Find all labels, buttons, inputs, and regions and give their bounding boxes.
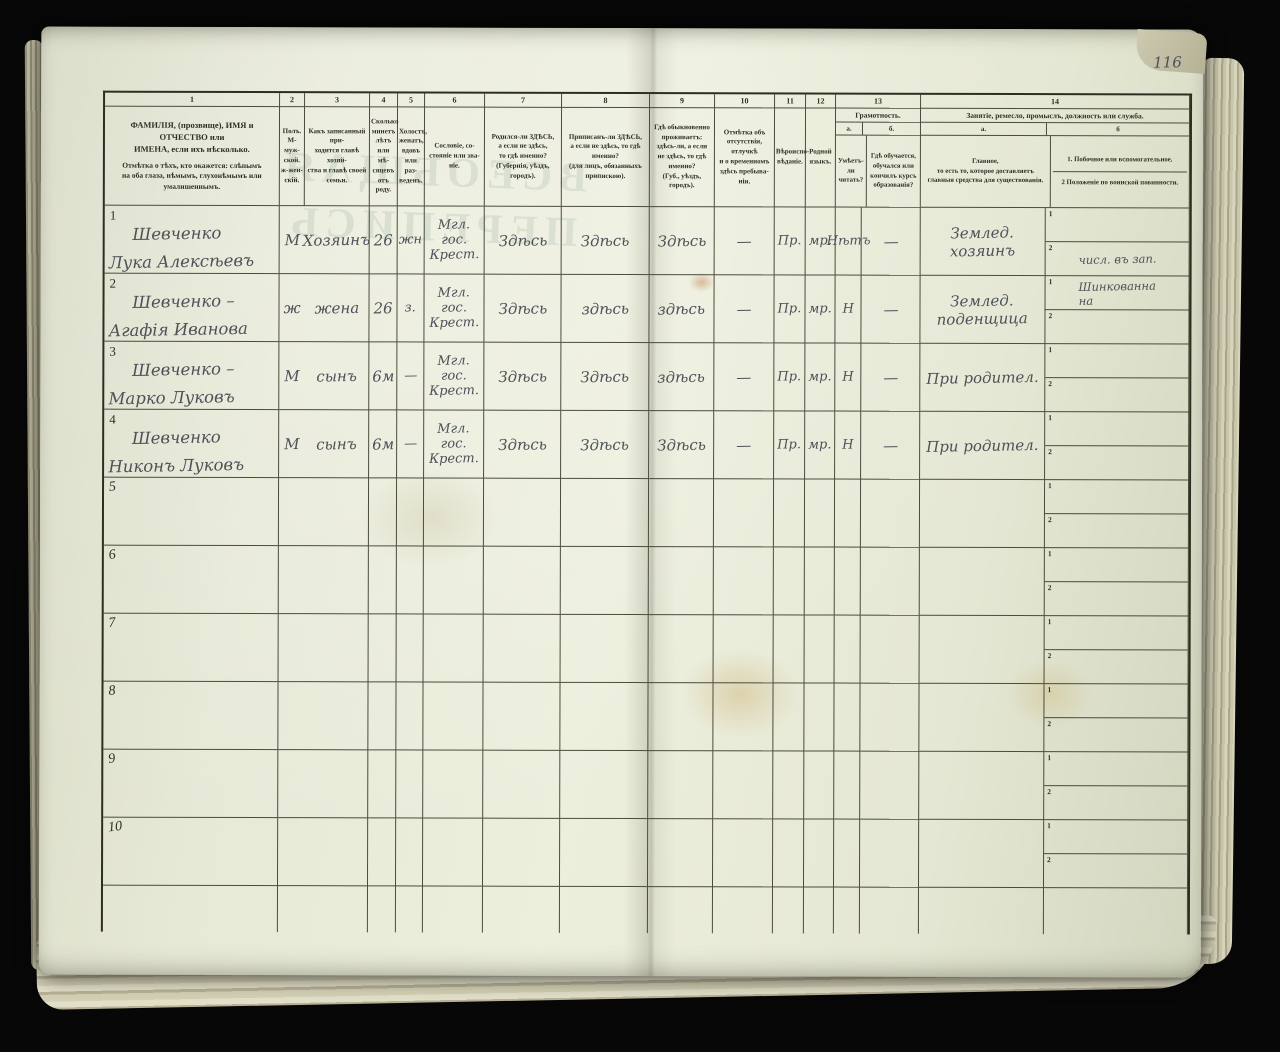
cell-marital [396, 750, 423, 818]
grid-rule-tail [278, 886, 303, 932]
column-number: 4 [370, 93, 397, 107]
cell-age [369, 546, 397, 614]
side-occupation-2: 2 [1044, 786, 1187, 819]
cell-literacy-b [861, 480, 920, 548]
cell-relation: сынъ [304, 342, 369, 410]
cell-relation [304, 546, 369, 614]
handwritten-entry: Здѣсь [498, 299, 547, 318]
cell-marital: — [397, 410, 424, 478]
header-text: Родился-ли ЗДѢСЬ, а если не здѣсь, то гд… [485, 108, 561, 206]
column-number: 2 [280, 93, 304, 107]
side-occupation-2: 2 [1044, 718, 1187, 751]
cell-absence: — [714, 275, 774, 343]
row-number: 10 [107, 819, 123, 836]
cell-occupation-main [919, 820, 1044, 888]
subcell-marker: 2 [1047, 719, 1051, 728]
cell-relation [304, 614, 369, 682]
handwritten-entry: М [284, 434, 300, 452]
handwritten-entry: Н [842, 301, 854, 316]
cell-sex [278, 750, 303, 818]
side-occupation-2: 2 [1045, 650, 1188, 683]
cell-literacy-b: — [861, 276, 920, 344]
column-number: 1 [105, 93, 279, 107]
header-group-title: Грамотность. [836, 109, 920, 123]
cell-literacy-a [834, 820, 860, 888]
column-number: 11 [775, 94, 805, 108]
handwritten-entry: ж [283, 298, 300, 316]
cell-name: 1Шевченко Лука Алексѣевъ [105, 206, 280, 274]
subcolumn-label-a: а. [836, 123, 863, 135]
subcell-marker: 1 [1048, 481, 1052, 490]
header-text: Гдѣ обучается, обучался или кончилъ курс… [867, 136, 920, 207]
handwritten-entry: — [883, 232, 898, 250]
header-text: Какъ записанный при- ходится главѣ хозяй… [305, 107, 369, 205]
cell-religion: Пр. [774, 275, 805, 343]
cell-occupation-side: 1 2 [1044, 684, 1188, 752]
cell-occupation-side: 1 2 [1044, 752, 1188, 820]
column-number: 3 [305, 93, 369, 107]
header-col2-sex: 2 Полъ. М-муж- ской. ж-жен- скій. [280, 93, 305, 206]
header-text: 2 Положеніе по воинской повинности. [1053, 172, 1187, 194]
cell-birthplace [483, 819, 560, 887]
cell-estate [423, 750, 483, 818]
grid-rule-tail [804, 887, 834, 933]
handwritten-entry: Хозяинъ [303, 230, 371, 249]
handwritten-name: Шевченко Никонъ Луковъ [104, 422, 279, 481]
cell-occupation-main: При родител. [920, 412, 1045, 480]
cell-absence [714, 615, 774, 683]
header-col11-religion: 11 Вѣроиспо- вѣданіе. [775, 94, 806, 207]
handwritten-entry: Здѣсь [580, 367, 629, 386]
subcell-marker: 1 [1047, 753, 1051, 762]
cell-sex: М [279, 410, 304, 478]
subcolumn-label-b: б [1047, 123, 1189, 135]
cell-literacy-a: Н [835, 276, 861, 344]
header-text: Отмѣтка о тѣхъ, кто окажется: слѣпымъ на… [106, 160, 278, 192]
cell-absence [713, 819, 773, 887]
cell-sex: ж [279, 274, 304, 342]
cell-literacy-a [835, 480, 861, 548]
handwritten-entry: здѣсь [581, 299, 629, 318]
header-col7-birthplace: 7 Родился-ли ЗДѢСЬ, а если не здѣсь, то … [485, 94, 562, 207]
subcell-marker: 1 [1048, 549, 1052, 558]
cell-religion [773, 751, 804, 819]
cell-birthplace: Здѣсь [484, 343, 561, 411]
cell-occupation-main: Землед. хозяинъ [921, 208, 1046, 276]
cell-occupation-side: 1 2 [1045, 616, 1189, 684]
cell-marital [397, 614, 424, 682]
header-text: Сословіе, со- стояніе или зва- ніе. [425, 107, 484, 205]
handwritten-entry: При родител. [926, 367, 1039, 387]
handwritten-entry: Н [842, 369, 854, 384]
cell-occupation-main: При родител. [920, 344, 1045, 412]
cell-literacy-a [835, 548, 861, 616]
side-occupation-1: 1 [1045, 616, 1188, 650]
cell-birthplace: Здѣсь [484, 411, 561, 479]
cell-absence: — [714, 343, 774, 411]
handwritten-entry: — [736, 300, 751, 318]
header-col13-literacy: 13 Грамотность. а. б. Умѣетъ- ли читать?… [836, 95, 921, 208]
handwritten-entry: з. [405, 300, 417, 315]
cell-age: 6м [369, 342, 397, 410]
handwritten-entry: жн [399, 232, 423, 247]
cell-religion: Пр. [775, 207, 806, 275]
subcell-marker: 2 [1048, 447, 1052, 456]
subcell-marker: 2 [1047, 787, 1051, 796]
page-fold-crease [624, 28, 678, 976]
subcolumn-label-b: б. [863, 123, 920, 135]
handwritten-entry: — [737, 232, 752, 250]
cell-occupation-main [919, 752, 1044, 820]
subcell-marker: 1 [1047, 685, 1051, 694]
cell-marital: жн [398, 206, 425, 274]
cell-occupation-main [919, 684, 1044, 752]
cell-literacy-b [861, 548, 920, 616]
handwritten-entry: жена [314, 298, 359, 317]
subcell-marker: 1 [1048, 413, 1052, 422]
handwritten-entry: Здѣсь [580, 435, 629, 454]
cell-name: 6 [104, 546, 279, 614]
cell-estate [424, 478, 484, 546]
handwritten-entry: М [284, 230, 300, 248]
cell-age [368, 750, 396, 818]
cell-absence [714, 479, 774, 547]
header-text: Вѣроиспо- вѣданіе. [775, 108, 805, 206]
handwritten-entry: мр. [808, 369, 832, 384]
handwritten-entry: М [284, 366, 300, 384]
handwritten-entry: Мгл. гос. Крест. [424, 285, 484, 331]
subcolumn-label-a: а. [921, 123, 1047, 135]
grid-rule-tail [303, 886, 368, 932]
handwritten-entry: Шинкованна на [1078, 278, 1156, 307]
cell-language [804, 751, 834, 819]
cell-literacy-a [834, 684, 860, 752]
header-text: 1. Побочное или вспомогательное. [1053, 149, 1187, 172]
cell-marital [396, 818, 423, 886]
header-text: Умѣетъ- ли читать? [836, 136, 867, 207]
cell-language [805, 479, 835, 547]
cell-birthplace [484, 479, 561, 547]
cell-relation [303, 682, 368, 750]
cell-relation: жена [304, 274, 369, 342]
cell-estate [423, 682, 483, 750]
handwritten-entry: При родител. [926, 435, 1039, 455]
cell-relation [303, 750, 368, 818]
cell-literacy-b [860, 684, 919, 752]
cell-religion [774, 479, 805, 547]
side-occupation-2: 2 [1045, 378, 1188, 411]
cell-occupation-side: 1 2числ. въ зап. [1046, 208, 1190, 276]
cell-age [368, 682, 396, 750]
cell-literacy-b: — [861, 412, 920, 480]
cell-relation [303, 818, 368, 886]
header-col3-relation: 3 Какъ записанный при- ходится главѣ хоз… [305, 93, 370, 206]
grid-rule-tail [860, 888, 919, 934]
row-number: 9 [108, 751, 117, 768]
cell-marital: з. [397, 274, 424, 342]
header-col4-age: 4 Сколько минетъ лѣтъ или мѣ- сяцевъ отъ… [370, 93, 398, 206]
cell-estate: Мгл. гос. Крест. [424, 342, 484, 410]
handwritten-entry: Землед. поденщица [937, 291, 1029, 329]
side-occupation-2: 2 [1045, 582, 1188, 615]
column-number: 13 [836, 95, 920, 109]
header-col10-absence: 10 Отмѣтка объ отсутствіи, отлучкѣ и о в… [715, 94, 775, 207]
cell-religion: Пр. [774, 343, 805, 411]
handwritten-entry: — [404, 368, 417, 383]
handwritten-entry: 26 [373, 299, 392, 317]
header-col6-estate: 6 Сословіе, со- стояніе или зва- ніе. [425, 93, 485, 206]
cell-literacy-b: — [862, 208, 921, 276]
handwritten-name: Шевченко Лука Алексѣевъ [104, 218, 279, 277]
subcell-marker: 2 [1048, 583, 1052, 592]
cell-sex [278, 682, 303, 750]
subcell-marker: 2 [1048, 515, 1052, 524]
side-occupation-2: 2 [1045, 514, 1188, 547]
cell-age: 26 [370, 206, 398, 274]
grid-rule-tail [396, 886, 423, 932]
cell-name: 3Шевченко – Марко Луковъ [104, 342, 279, 410]
subcell-marker: 1 [1048, 345, 1052, 354]
subcell-marker: 2 [1048, 379, 1052, 388]
cell-age: 26 [369, 274, 397, 342]
handwritten-entry: — [736, 368, 751, 386]
cell-absence [713, 683, 773, 751]
cell-occupation-main [920, 480, 1045, 548]
cell-literacy-b [860, 820, 919, 888]
subcell-marker: 2 [1047, 855, 1051, 864]
cell-name: 9 [103, 750, 278, 818]
subcell-marker: 1 [1049, 209, 1053, 218]
cell-marital: — [397, 342, 424, 410]
handwritten-entry: 6м [372, 367, 394, 385]
cell-literacy-a: Н [835, 344, 861, 412]
cell-language: мр. [805, 411, 835, 479]
handwritten-entry: Н [842, 437, 854, 452]
cell-age: 6м [369, 410, 397, 478]
row-number: 8 [108, 683, 117, 700]
handwritten-entry: Пр. [777, 301, 801, 316]
column-number: 7 [485, 94, 561, 108]
cell-estate: Мгл. гос. Крест. [425, 206, 485, 274]
subcell-marker: 1 [1049, 277, 1053, 286]
cell-absence [714, 547, 774, 615]
header-text: Главное, то есть то, которое доставляетъ… [921, 136, 1051, 207]
subcell-marker: 2 [1049, 243, 1053, 252]
handwritten-entry: Здѣсь [581, 231, 630, 250]
grid-rule-tail [103, 886, 278, 932]
cell-age [368, 818, 396, 886]
subcell-marker: 1 [1048, 617, 1052, 626]
column-number: 5 [398, 93, 424, 107]
side-occupation-2: 2 [1044, 854, 1187, 887]
cell-literacy-b [860, 752, 919, 820]
photo-of-ledger: ВСЕОБЩАЯ ПЕРЕПИСЬ 116 1 ФАМИЛІЯ, (прозви… [0, 0, 1280, 1052]
cell-estate [423, 818, 483, 886]
handwritten-entry: Мгл. гос. Крест. [424, 217, 484, 263]
header-text: Полъ. М-муж- ской. ж-жен- скій. [280, 107, 304, 205]
grid-rule-tail [834, 888, 860, 934]
cell-language: мр. [805, 275, 835, 343]
row-number: 5 [108, 479, 117, 496]
header-col14-occupation: 14 Занятіе, ремесло, промыслъ, должность… [921, 95, 1190, 209]
header-text: Отмѣтка объ отсутствіи, отлучкѣ и о врем… [715, 108, 774, 206]
handwritten-entry: 6м [371, 435, 393, 453]
handwritten-entry: сынъ [316, 434, 357, 453]
cell-name: 8 [103, 682, 278, 750]
handwritten-entry: Пр. [778, 233, 802, 248]
handwritten-entry: — [882, 436, 897, 454]
cell-sex [279, 546, 304, 614]
cell-occupation-side: 1 2 [1045, 412, 1189, 480]
cell-occupation-side: 1 2 [1045, 480, 1189, 548]
side-occupation-1: 1 [1044, 752, 1187, 786]
cell-sex: М [280, 206, 305, 274]
cell-language [804, 683, 834, 751]
grid-rule-tail [368, 886, 396, 932]
grid-rule-tail [713, 887, 773, 933]
cell-birthplace [484, 615, 561, 683]
cell-occupation-side: 1Шинкованна на 2 [1045, 276, 1189, 344]
side-occupation-2: 2 [1045, 446, 1188, 479]
handwritten-entry: мр. [808, 301, 832, 316]
cell-occupation-side: 1 2 [1044, 820, 1188, 888]
side-occupation-1: 1Шинкованна на [1046, 276, 1189, 310]
column-number: 6 [425, 93, 484, 107]
header-group-title: Занятіе, ремесло, промыслъ, должность ил… [921, 109, 1189, 124]
row-number: 6 [108, 547, 117, 564]
cell-absence: — [715, 207, 775, 275]
cell-marital [397, 478, 424, 546]
handwritten-entry: Мгл. гос. Крест. [424, 421, 484, 467]
cell-name: 7 [104, 614, 279, 682]
side-occupation-1: 1 [1045, 548, 1188, 582]
cell-occupation-main [920, 548, 1045, 616]
subcell-marker: 1 [1047, 821, 1051, 830]
handwritten-entry: 26 [373, 231, 392, 249]
header-text: 1. Побочное или вспомогательное. 2 Полож… [1051, 136, 1189, 207]
handwritten-entry: Здѣсь [498, 367, 547, 386]
side-occupation-2: 2числ. въ зап. [1046, 242, 1189, 275]
header-text: Сколько минетъ лѣтъ или мѣ- сяцевъ отъ р… [370, 107, 397, 205]
cell-occupation-main [920, 616, 1045, 684]
row-number: 7 [108, 615, 117, 632]
handwritten-entry: Пр. [777, 437, 801, 452]
cell-birthplace: Здѣсь [484, 275, 561, 343]
cell-age [369, 614, 397, 682]
side-occupation-1: 1 [1045, 344, 1188, 378]
handwritten-folio-number: 116 [1153, 53, 1182, 72]
cell-absence: — [714, 411, 774, 479]
handwritten-entry: — [404, 436, 417, 451]
cell-relation: Хозяинъ [305, 206, 370, 274]
cell-absence [713, 751, 773, 819]
cell-literacy-a: Нѣтъ [836, 208, 862, 276]
cell-sex [279, 614, 304, 682]
column-number: 14 [921, 95, 1189, 110]
subcell-marker: 2 [1048, 651, 1052, 660]
cell-religion: Пр. [774, 411, 805, 479]
cell-estate: Мгл. гос. Крест. [424, 410, 484, 478]
handwritten-entry: числ. въ зап. [1078, 251, 1156, 266]
side-occupation-1: 1 [1045, 480, 1188, 514]
handwritten-entry: Здѣсь [498, 231, 547, 250]
cell-literacy-a [834, 752, 860, 820]
cell-religion [773, 683, 804, 751]
cell-birthplace [484, 547, 561, 615]
cell-birthplace [483, 683, 560, 751]
cell-occupation-main: Землед. поденщица [920, 276, 1045, 344]
cell-name: 2Шевченко – Агафія Иванова [104, 274, 279, 342]
cell-language: мр. [805, 343, 835, 411]
grid-rule-tail [423, 886, 483, 932]
handwritten-name: Шевченко – Марко Луковъ [104, 354, 279, 413]
subcell-marker: 2 [1048, 311, 1052, 320]
header-col12-language: 12 Родной языкъ. [806, 94, 836, 207]
cell-sex [279, 478, 304, 546]
cell-marital [397, 546, 424, 614]
grid-rule-tail [483, 887, 560, 933]
cell-age [369, 478, 397, 546]
cell-literacy-a: Н [835, 412, 861, 480]
handwritten-entry: Здѣсь [498, 435, 547, 454]
cell-occupation-side: 1 2 [1045, 548, 1189, 616]
grid-rule-tail [919, 888, 1044, 934]
cell-literacy-b [861, 616, 920, 684]
handwritten-entry: Мгл. гос. Крест. [424, 353, 484, 399]
cell-relation [304, 478, 369, 546]
grid-rule-tail [1044, 888, 1188, 934]
cell-name: 5 [104, 478, 279, 546]
side-occupation-1: 1 [1044, 820, 1187, 854]
grid-rule-tail [773, 887, 804, 933]
side-occupation-2: 2 [1045, 310, 1188, 343]
census-page: ВСЕОБЩАЯ ПЕРЕПИСЬ 116 1 ФАМИЛІЯ, (прозви… [39, 26, 1203, 977]
column-number: 12 [806, 94, 835, 108]
header-col1-name: 1 ФАМИЛІЯ, (прозвище), ИМЯ и ОТЧЕСТВО ил… [105, 93, 280, 206]
cell-estate: Мгл. гос. Крест. [424, 274, 484, 342]
handwritten-entry: сынъ [316, 366, 357, 385]
handwritten-entry: — [736, 436, 751, 454]
cell-sex [278, 818, 303, 886]
column-number: 10 [715, 94, 774, 108]
cell-literacy-b: — [861, 344, 920, 412]
cell-language [805, 615, 835, 683]
handwritten-entry: Пр. [777, 369, 801, 384]
handwritten-entry: — [883, 368, 898, 386]
side-occupation-1: 1 [1046, 208, 1189, 242]
cell-occupation-side: 1 2 [1045, 344, 1189, 412]
cell-marital [396, 682, 423, 750]
header-text: Родной языкъ. [806, 108, 835, 206]
cell-name: 4Шевченко Никонъ Луковъ [104, 410, 279, 478]
cell-birthplace [483, 751, 560, 819]
header-col5-marital: 5 Холостъ, женатъ, вдовъ или раз- веденъ… [398, 93, 425, 206]
handwritten-entry: — [883, 300, 898, 318]
cell-language [805, 547, 835, 615]
cell-relation: сынъ [304, 410, 369, 478]
header-text: Холостъ, женатъ, вдовъ или раз- веденъ. [398, 107, 424, 205]
handwritten-entry: Землед. хозяинъ [950, 223, 1016, 260]
side-occupation-1: 1 [1045, 412, 1188, 446]
side-occupation-1: 1 [1044, 684, 1187, 718]
cell-birthplace: Здѣсь [485, 207, 562, 275]
handwritten-entry: мр. [808, 437, 832, 452]
cell-language [804, 819, 834, 887]
cell-religion [774, 615, 805, 683]
cell-estate [424, 546, 484, 614]
cell-religion [774, 547, 805, 615]
handwritten-name: Шевченко – Агафія Иванова [104, 286, 279, 345]
